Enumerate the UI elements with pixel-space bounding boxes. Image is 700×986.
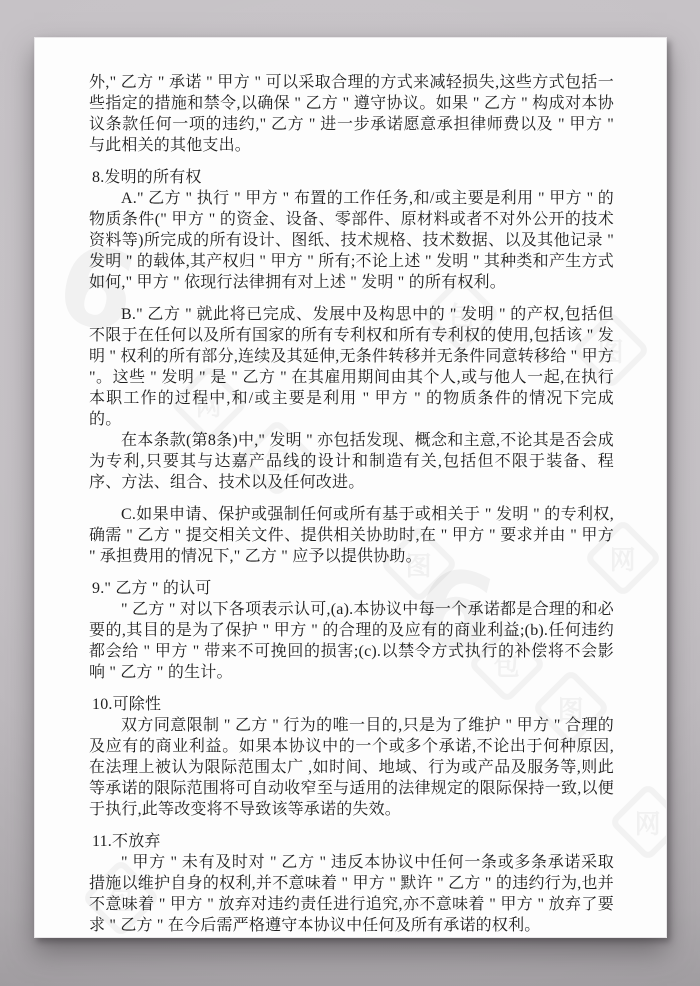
paragraph-10-severability: 双方同意限制 " 乙方 " 行为的唯一目的,只是为了维护 " 甲方 " 合理的及… <box>89 715 614 820</box>
screenshot-root: { "colors": { "background_gray": "#c3bfc… <box>0 0 700 986</box>
paragraph-8a: A." 乙方 " 执行 " 甲方 " 布置的工作任务,和/或主要是利用 " 甲方… <box>89 188 614 293</box>
watermark-diamond-icon: 网 <box>608 782 666 861</box>
heading-section-8-invention-ownership: 8.发明的所有权 <box>89 167 614 188</box>
document-page: 6包图网包图6网包图网包 外," 乙方 " 承诺 " 甲方 " 可以采取合理的方… <box>34 37 667 938</box>
paragraph-11-no-waiver: " 甲方 " 未有及时对 " 乙方 " 违反本协议中任何一条或多条承诺采取措施以… <box>89 852 614 936</box>
heading-section-10-severability: 10.可除性 <box>89 694 614 715</box>
heading-section-11-no-waiver: 11.不放弃 <box>89 831 614 852</box>
watermark-brand-character: 网 <box>635 803 661 840</box>
paragraph-9-acknowledgement: " 乙方 " 对以下各项表示认可,(a).本协议中每一个承诺都是合理的和必要的,… <box>89 599 614 683</box>
heading-section-9-acknowledgement: 9." 乙方 " 的认可 <box>89 578 614 599</box>
contract-text-body: 外," 乙方 " 承诺 " 甲方 " 可以采取合理的方式来减轻损失,这些方式包括… <box>89 72 614 936</box>
paragraph-mitigation-continuation: 外," 乙方 " 承诺 " 甲方 " 可以采取合理的方式来减轻损失,这些方式包括… <box>89 72 614 156</box>
paragraph-8-invention-definition: 在本条款(第8条)中," 发明 " 亦包括发现、概念和主意,不论其是否会成为专利… <box>89 430 614 493</box>
paragraph-8c: C.如果申请、保护或强制任何或所有基于或相关于 " 发明 " 的专利权,确需 "… <box>89 504 614 567</box>
paragraph-8b: B." 乙方 " 就此将已完成、发展中及构思中的 " 发明 " 的产权,包括但不… <box>89 304 614 430</box>
